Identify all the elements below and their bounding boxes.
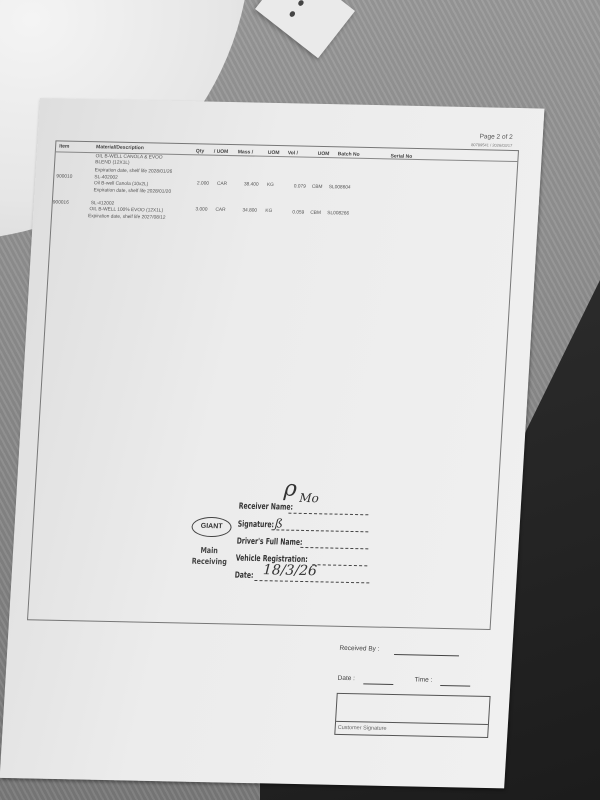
table-row: BLEND (12X1L): [55, 159, 517, 169]
date-line: [363, 683, 393, 685]
receipt-section: Received By : Date : Time : Customer Sig…: [340, 645, 500, 648]
batch-number: SL008604: [329, 185, 351, 190]
driver-name-line: [300, 547, 368, 549]
handwritten-initial: ρ: [283, 477, 297, 502]
dept-line-2: Receiving: [191, 556, 225, 568]
uom: CAR: [215, 208, 225, 213]
col-serial: Serial No: [390, 153, 412, 159]
giant-logo: GIANT: [191, 517, 232, 538]
time-line: [440, 685, 470, 687]
received-by-line: [394, 654, 459, 656]
receiving-stamp: GIANT Main Receiving Receiver Name: Sign…: [185, 487, 391, 601]
row-text: BLEND (12X1L): [95, 160, 130, 166]
col-vol: Vol /: [288, 150, 299, 156]
col-batch: Batch No: [338, 151, 360, 157]
volume: 0.059: [292, 210, 304, 215]
mass-uom: KG: [265, 209, 272, 214]
item-description: Oil B-well Canola (10x2L): [94, 181, 149, 187]
dept-line-1: Main: [192, 545, 226, 557]
qty: 3.000: [195, 207, 207, 212]
expiration: Expiration date, shelf life 2028/01/20: [93, 188, 171, 195]
mass-uom: KG: [267, 183, 274, 188]
col-mass-uom: UOM: [268, 150, 280, 156]
row-text: Expiration date, shelf life 2028/01/26: [95, 168, 173, 175]
page-number: Page 2 of 2: [479, 133, 513, 141]
expiration: Expiration date, shelf life 2027/08/12: [88, 214, 166, 221]
signature-label: Signature:: [237, 520, 274, 531]
mass: 38.400: [244, 182, 259, 187]
uom: CAR: [217, 182, 227, 187]
col-qty: Qty: [196, 148, 205, 154]
customer-signature-caption: Customer Signature: [335, 721, 488, 737]
volume-uom: CBM: [310, 211, 321, 216]
col-description: Material/Description: [96, 144, 144, 151]
receiver-name-label: Receiver Name:: [238, 502, 293, 513]
handwritten-date: 18/3/26: [263, 562, 318, 579]
handwritten-signature: ß: [274, 516, 283, 530]
date-label: Date :: [337, 675, 355, 682]
item-number: 900010: [56, 174, 72, 179]
table-row: 900010 SL-402002 Oil B-well Canola (10x2…: [54, 174, 516, 184]
receiver-name-line: [288, 513, 368, 516]
time-label: Time :: [414, 676, 432, 683]
date-line: [254, 580, 369, 583]
document-reference: 80789541 / 2026/03/17: [471, 142, 512, 148]
col-item: Item: [59, 143, 70, 149]
handwritten-name: Mo: [299, 491, 319, 505]
customer-signature-box: Customer Signature: [334, 693, 490, 738]
date-label: Date:: [234, 571, 253, 581]
material-code: SL-412002: [91, 201, 115, 206]
col-uom: / UOM: [214, 149, 229, 155]
delivery-note-sheet: Page 2 of 2 80789541 / 2026/03/17 Item M…: [0, 98, 544, 788]
table-row: 900016 SL-412002 OIL B-WELL 100% EVOO (1…: [53, 200, 515, 210]
signature-line: [271, 529, 368, 532]
material-code: SL-402002: [94, 175, 118, 180]
volume-uom: CBM: [312, 185, 323, 190]
volume: 0.079: [294, 184, 306, 189]
item-number: 900016: [53, 200, 69, 205]
vehicle-registration-line: [312, 564, 367, 566]
item-description: OIL B-WELL 100% EVOO (12X1L): [89, 207, 163, 214]
stamp-department: Main Receiving: [191, 545, 226, 568]
col-mass: Mass /: [238, 149, 254, 155]
col-vol-uom: UOM: [318, 151, 330, 157]
received-by-label: Received By :: [339, 645, 379, 653]
driver-name-label: Driver's Full Name:: [236, 537, 302, 548]
table-row: Expiration date, shelf life 2028/01/26: [55, 167, 517, 177]
mass: 34.800: [242, 208, 257, 213]
batch-number: SL008266: [327, 211, 349, 216]
qty: 2.000: [197, 181, 209, 186]
